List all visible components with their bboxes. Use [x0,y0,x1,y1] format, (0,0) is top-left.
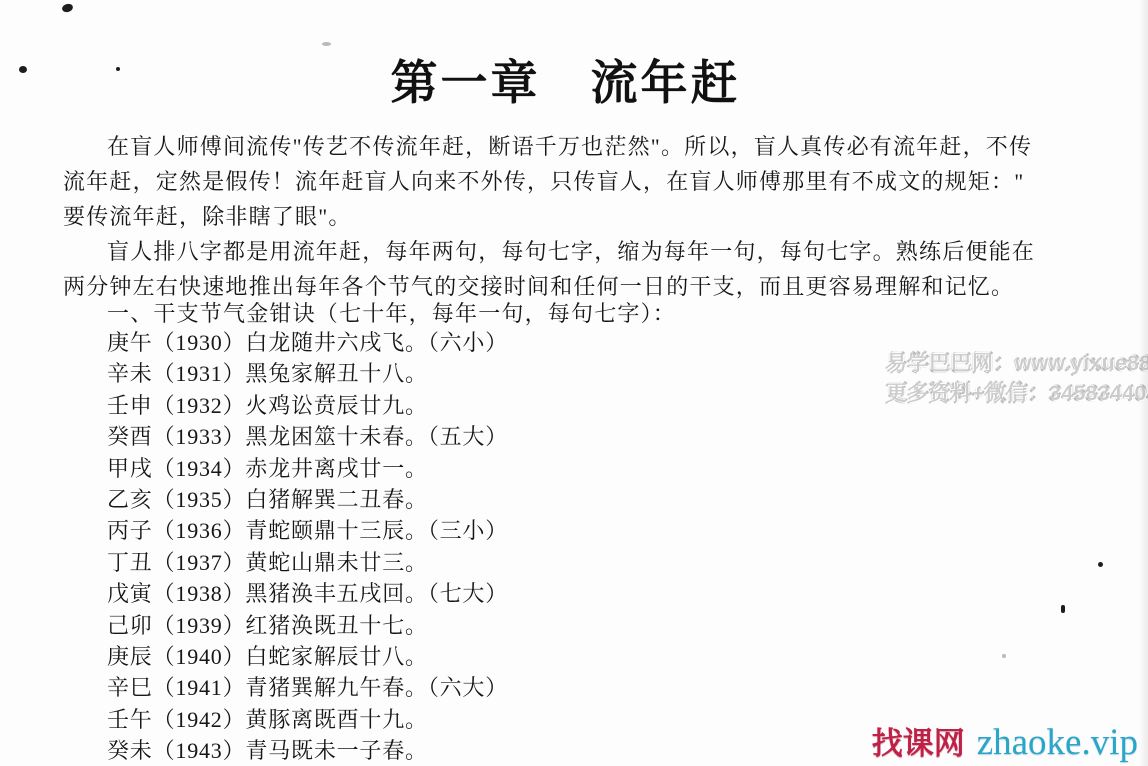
scanned-book-page: { "page": { "title": "第一章 流年赶", "paragra… [0,0,1148,766]
verse-note: （六大） [428,675,508,700]
scan-artifact [1098,562,1103,567]
verse-phrase: 白猪解巽二丑春。 [245,487,427,512]
verse-phrase: 白蛇家解辰廿八。 [245,644,427,669]
verse-line: 丙子（1936）青蛇颐鼎十三辰。（三小） [107,515,1108,546]
verse-phrase: 火鸡讼贲辰廿九。 [245,393,427,418]
scan-artifact [1061,605,1065,613]
verse-line: 甲戌（1934）赤龙井离戌廿一。 [107,453,1108,484]
text-line: 要传流年赶，除非瞎了眼"。 [63,199,1108,234]
year-label: （1940） [153,644,246,669]
yixue-watermark-line1: 易学巴巴网：www.yixue88.cn [886,349,1148,379]
verse-phrase: 白龙随井六戌飞。 [245,330,427,355]
verse-line: 乙亥（1935）白猪解巽二丑春。 [107,484,1108,515]
verse-phrase: 红猪涣既丑十七。 [245,613,427,638]
text-line: 盲人排八字都是用流年赶，每年两句，每句七字，缩为每年一句，每句七字。熟练后便能在 [63,234,1108,269]
verse-phrase: 黄豚离既酉十九。 [245,707,427,732]
scan-edge-shade [1139,0,1148,766]
year-label: （1933） [153,424,246,449]
year-label: （1936） [153,518,246,543]
ganzhi-label: 庚午 [107,330,153,355]
year-label: （1941） [153,675,246,700]
verse-note: （六小） [428,330,508,355]
verse-line: 戊寅（1938）黑猪涣丰五戌回。（七大） [107,578,1108,609]
ganzhi-label: 己卯 [107,613,153,638]
text-line: 流年赶，定然是假传！流年赶盲人向来不外传，只传盲人，在盲人师傅那里有不成文的规矩… [63,164,1108,199]
yixue-watermark: 易学巴巴网：www.yixue88.cn 更多资料+微信：3458344044 [886,349,1148,409]
scan-artifact [1002,654,1006,658]
ganzhi-label: 丁丑 [107,550,153,575]
verse-note: （三小） [428,518,508,543]
ganzhi-label: 庚辰 [107,644,153,669]
chapter-title: 第一章 流年赶 [63,46,1068,113]
verse-line: 庚辰（1940）白蛇家解辰廿八。 [107,641,1108,672]
year-label: （1931） [153,361,246,386]
verse-phrase: 黑兔家解丑十八。 [245,361,427,386]
ganzhi-label: 乙亥 [107,487,153,512]
verse-line: 己卯（1939）红猪涣既丑十七。 [107,610,1108,641]
ganzhi-label: 癸酉 [107,424,153,449]
scan-artifact [19,66,27,73]
zhaoke-site-name: 找课网 [872,718,965,763]
scan-artifact [116,67,120,71]
ganzhi-label: 壬午 [107,707,153,732]
verse-phrase: 青马既未一子春。 [245,738,427,763]
year-label: （1939） [153,613,246,638]
year-label: （1934） [153,456,246,481]
ganzhi-label: 甲戌 [107,456,153,481]
verse-phrase: 黑猪涣丰五戌回。 [245,581,427,606]
verse-phrase: 黄蛇山鼎未廿三。 [245,550,427,575]
year-label: （1942） [153,707,246,732]
verse-phrase: 青猪巽解九午春。 [245,675,427,700]
ganzhi-label: 辛未 [107,361,153,386]
ganzhi-label: 癸未 [107,738,153,763]
verse-line: 辛巳（1941）青猪巽解九午春。（六大） [107,672,1108,703]
ganzhi-label: 戊寅 [107,581,153,606]
paragraph-1: 在盲人师傅间流传"传艺不传流年赶，断语千万也茫然"。所以，盲人真传必有流年赶，不… [63,129,1108,234]
paragraph-2: 盲人排八字都是用流年赶，每年两句，每句七字，缩为每年一句，每句七字。熟练后便能在… [63,234,1108,304]
verse-phrase: 青蛇颐鼎十三辰。 [245,518,427,543]
year-label: （1937） [153,550,246,575]
text-line: 在盲人师傅间流传"传艺不传流年赶，断语千万也茫然"。所以，盲人真传必有流年赶，不… [63,129,1108,164]
verse-note: （五大） [428,424,508,449]
ganzhi-label: 丙子 [107,518,153,543]
scan-artifact [61,3,74,14]
year-label: （1935） [153,487,246,512]
verse-phrase: 黑龙困筮十未春。 [245,424,427,449]
ganzhi-label: 辛巳 [107,675,153,700]
ganzhi-label: 壬申 [107,393,153,418]
year-label: （1938） [153,581,246,606]
year-label: （1930） [153,330,246,355]
zhaoke-watermark: 找课网 zhaoke.vip [872,718,1138,764]
yixue-watermark-line2: 更多资料+微信：3458344044 [886,379,1148,409]
year-label: （1932） [153,393,246,418]
scan-artifact [322,42,331,46]
verse-note: （七大） [428,581,508,606]
verse-phrase: 赤龙井离戌廿一。 [245,456,427,481]
verse-line: 癸酉（1933）黑龙困筮十未春。（五大） [107,421,1108,452]
verse-line: 丁丑（1937）黄蛇山鼎未廿三。 [107,547,1108,578]
year-label: （1943） [153,738,246,763]
zhaoke-domain: zhaoke.vip [977,721,1138,764]
